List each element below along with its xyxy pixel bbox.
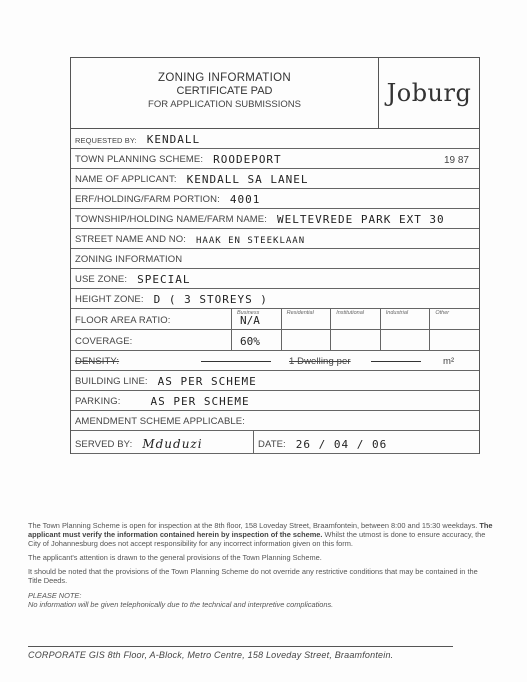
town-planning-scheme-value: ROODEPORT	[203, 153, 282, 168]
building-line-row: BUILDING LINE: AS PER SCHEME	[71, 371, 479, 391]
building-line-label: BUILDING LINE:	[75, 376, 148, 390]
height-zone-label: HEIGHT ZONE:	[75, 294, 144, 308]
served-by-row: SERVED BY: Mduduzi DATE: 26 / 04 / 06	[71, 431, 479, 454]
coverage-label-cell: COVERAGE:	[71, 330, 232, 350]
zoning-certificate-form: ZONING INFORMATION CERTIFICATE PAD FOR A…	[70, 57, 480, 454]
coverage-business-value: 60%	[240, 335, 260, 348]
density-row: DENSITY: 1 Dwelling per m²	[71, 351, 479, 371]
note-paragraph-3: It should be noted that the provisions o…	[28, 567, 493, 585]
coverage-business-cell: 60%	[232, 330, 282, 350]
column-header-industrial: Industrial	[386, 310, 408, 316]
coverage-label: COVERAGE:	[75, 336, 132, 350]
logo-block: Joburg	[379, 58, 479, 128]
parking-value: AS PER SCHEME	[121, 395, 250, 410]
coverage-other-cell	[430, 330, 479, 350]
far-residential-cell: Residential	[282, 309, 332, 329]
floor-area-ratio-label-cell: FLOOR AREA RATIO:	[71, 309, 232, 329]
date-value: 26 / 04 / 06	[286, 438, 387, 453]
note-paragraph-2: The applicant's attention is drawn to th…	[28, 553, 493, 562]
coverage-institutional-cell	[331, 330, 381, 350]
far-business-value: N/A	[240, 314, 260, 327]
column-header-institutional: Institutional	[336, 310, 364, 316]
street-label: STREET NAME AND NO:	[75, 234, 186, 248]
applicant-value: KENDALL SA LANEL	[177, 173, 309, 188]
use-zone-row: USE ZONE: SPECIAL	[71, 269, 479, 289]
applicant-row: NAME OF APPLICANT: KENDALL SA LANEL	[71, 169, 479, 189]
density-dash-2	[371, 361, 421, 363]
township-label: TOWNSHIP/HOLDING NAME/FARM NAME:	[75, 214, 267, 228]
erf-label: ERF/HOLDING/FARM PORTION:	[75, 194, 220, 208]
form-header: ZONING INFORMATION CERTIFICATE PAD FOR A…	[71, 57, 479, 129]
density-dash-1	[201, 361, 271, 363]
town-planning-scheme-row: TOWN PLANNING SCHEME: ROODEPORT 19 87	[71, 149, 479, 169]
scanned-document: ZONING INFORMATION CERTIFICATE PAD FOR A…	[0, 0, 527, 682]
date-label: DATE:	[258, 439, 286, 453]
street-row: STREET NAME AND NO: HAAK EN STEEKLAAN	[71, 229, 479, 249]
erf-row: ERF/HOLDING/FARM PORTION: 4001	[71, 189, 479, 209]
erf-value: 4001	[220, 193, 261, 208]
title-line-1: ZONING INFORMATION	[71, 72, 378, 84]
parking-label: PARKING:	[75, 396, 121, 410]
requested-by-label: REQUESTED BY:	[75, 136, 137, 148]
please-note-body: No information will be given telephonica…	[28, 600, 493, 609]
coverage-industrial-cell	[381, 330, 431, 350]
footer-address: CORPORATE GIS 8th Floor, A-Block, Metro …	[28, 650, 393, 660]
far-industrial-cell: Industrial	[381, 309, 431, 329]
density-unit: m²	[443, 356, 454, 370]
title-line-2: CERTIFICATE PAD	[71, 85, 378, 97]
scheme-year: 19 87	[444, 155, 469, 166]
served-by-cell: SERVED BY: Mduduzi	[71, 431, 254, 453]
height-zone-value: D ( 3 STOREYS )	[144, 293, 268, 308]
height-zone-row: HEIGHT ZONE: D ( 3 STOREYS )	[71, 289, 479, 308]
parking-row: PARKING: AS PER SCHEME	[71, 391, 479, 411]
zoning-section-row: ZONING INFORMATION	[71, 249, 479, 269]
joburg-logo: Joburg	[387, 79, 472, 107]
use-zone-value: SPECIAL	[127, 273, 190, 288]
floor-area-ratio-row: FLOOR AREA RATIO: Business N/A Residenti…	[71, 308, 479, 330]
column-header-residential: Residential	[287, 310, 314, 316]
form-title-block: ZONING INFORMATION CERTIFICATE PAD FOR A…	[71, 58, 379, 128]
amendment-scheme-row: AMENDMENT SCHEME APPLICABLE:	[71, 411, 479, 431]
far-institutional-cell: Institutional	[331, 309, 381, 329]
requested-by-row: REQUESTED BY: KENDALL	[71, 129, 479, 149]
requested-by-value: KENDALL	[137, 133, 200, 148]
note-paragraph-1: The Town Planning Scheme is open for ins…	[28, 521, 493, 548]
zoning-section-title: ZONING INFORMATION	[75, 254, 182, 268]
density-text: 1 Dwelling per	[289, 356, 351, 370]
density-label: DENSITY:	[75, 356, 119, 370]
notes-section: The Town Planning Scheme is open for ins…	[28, 521, 493, 609]
coverage-row: COVERAGE: 60%	[71, 330, 479, 351]
note-1a: The Town Planning Scheme is open for ins…	[28, 521, 477, 530]
far-other-cell: Other	[430, 309, 479, 329]
building-line-value: AS PER SCHEME	[148, 375, 257, 390]
township-value: WELTEVREDE PARK EXT 30	[267, 213, 445, 228]
far-business-cell: Business N/A	[232, 309, 282, 329]
use-zone-label: USE ZONE:	[75, 274, 127, 288]
served-by-label: SERVED BY:	[75, 439, 132, 453]
town-planning-scheme-label: TOWN PLANNING SCHEME:	[75, 154, 203, 168]
title-line-3: FOR APPLICATION SUBMISSIONS	[71, 99, 378, 110]
footer-divider	[28, 646, 453, 647]
served-by-value: Mduduzi	[132, 437, 202, 453]
amendment-scheme-label: AMENDMENT SCHEME APPLICABLE:	[75, 416, 245, 430]
column-header-other: Other	[435, 310, 449, 316]
please-note-title: PLEASE NOTE:	[28, 591, 493, 600]
coverage-residential-cell	[282, 330, 332, 350]
date-cell: DATE: 26 / 04 / 06	[254, 431, 387, 453]
applicant-label: NAME OF APPLICANT:	[75, 174, 177, 188]
floor-area-ratio-label: FLOOR AREA RATIO:	[75, 315, 171, 329]
township-row: TOWNSHIP/HOLDING NAME/FARM NAME: WELTEVR…	[71, 209, 479, 229]
street-value: HAAK EN STEEKLAAN	[186, 236, 305, 248]
